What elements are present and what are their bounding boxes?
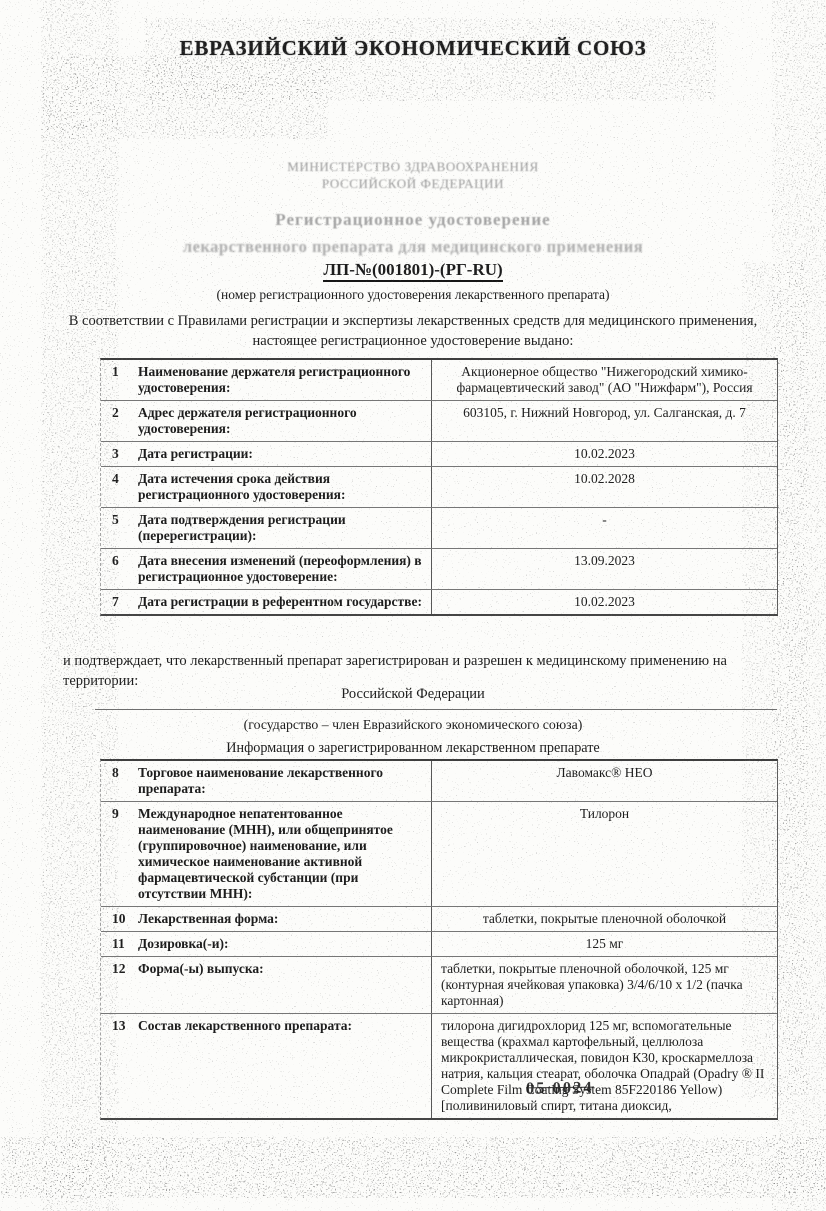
row-value: 13.09.2023: [431, 549, 777, 589]
row-number: 13: [101, 1014, 138, 1118]
row-value: 10.02.2028: [431, 467, 777, 507]
intro-paragraph: В соответствии с Правилами регистрации и…: [63, 311, 763, 351]
row-label: Дозировка(-и):: [138, 932, 431, 956]
certificate-title-line1: Регистрационное удостоверение: [0, 210, 826, 230]
holder-info-table: 1Наименование держателя регистрационного…: [100, 358, 778, 616]
row-value: 125 мг: [431, 932, 777, 956]
row-label: Лекарственная форма:: [138, 907, 431, 931]
table-row: 2Адрес держателя регистрационного удосто…: [101, 401, 777, 442]
territory-name: Российской Федерации: [0, 686, 826, 703]
row-value: -: [431, 508, 777, 548]
row-label: Форма(-ы) выпуска:: [138, 957, 431, 1013]
row-label: Дата истечения срока действия регистраци…: [138, 467, 431, 507]
table-row: 12Форма(-ы) выпуска:таблетки, покрытые п…: [101, 957, 777, 1014]
row-number: 1: [101, 360, 138, 400]
row-label: Торговое наименование лекарственного пре…: [138, 761, 431, 801]
row-number: 9: [101, 802, 138, 906]
table-row: 10Лекарственная форма:таблетки, покрытые…: [101, 907, 777, 932]
row-value: таблетки, покрытые пленочной оболочкой: [431, 907, 777, 931]
product-info-table: 8Торговое наименование лекарственного пр…: [100, 759, 778, 1120]
product-info-heading: Информация о зарегистрированном лекарств…: [0, 740, 826, 757]
territory-caption: (государство – член Евразийского экономи…: [0, 717, 826, 733]
row-label: Дата подтверждения регистрации (перереги…: [138, 508, 431, 548]
registration-number: ЛП-№(001801)-(РГ-RU): [0, 260, 826, 280]
table-row: 9Международное непатентованное наименова…: [101, 802, 777, 907]
ministry-line2: РОССИЙСКОЙ ФЕДЕРАЦИИ: [0, 175, 826, 192]
row-label: Дата регистрации:: [138, 442, 431, 466]
table-row: 6Дата внесения изменений (переоформления…: [101, 549, 777, 590]
row-number: 8: [101, 761, 138, 801]
row-number: 10: [101, 907, 138, 931]
row-value: 603105, г. Нижний Новгород, ул. Салганск…: [431, 401, 777, 441]
territory-underline: [95, 709, 777, 710]
row-number: 2: [101, 401, 138, 441]
ministry-name-block: МИНИСТЕРСТВО ЗДРАВООХРАНЕНИЯ РОССИЙСКОЙ …: [0, 158, 826, 192]
scanned-certificate-page: ЕВРАЗИЙСКИЙ ЭКОНОМИЧЕСКИЙ СОЮЗ МИНИСТЕРС…: [0, 0, 826, 1211]
table-row: 4Дата истечения срока действия регистрац…: [101, 467, 777, 508]
row-number: 11: [101, 932, 138, 956]
row-value: Лавомакс® НЕО: [431, 761, 777, 801]
table-row: 5Дата подтверждения регистрации (перерег…: [101, 508, 777, 549]
certificate-title-line2: лекарственного препарата для медицинског…: [0, 237, 826, 257]
registration-number-caption: (номер регистрационного удостоверения ле…: [0, 287, 826, 303]
row-label: Международное непатентованное наименован…: [138, 802, 431, 906]
table-row: 1Наименование держателя регистрационного…: [101, 360, 777, 401]
row-number: 12: [101, 957, 138, 1013]
row-number: 3: [101, 442, 138, 466]
table-row: 8Торговое наименование лекарственного пр…: [101, 761, 777, 802]
table-row: 7Дата регистрации в референтном государс…: [101, 590, 777, 614]
row-label: Адрес держателя регистрационного удостов…: [138, 401, 431, 441]
row-label: Дата внесения изменений (переоформления)…: [138, 549, 431, 589]
registration-number-text: ЛП-№(001801)-(РГ-RU): [323, 260, 502, 282]
row-number: 5: [101, 508, 138, 548]
row-value: таблетки, покрытые пленочной оболочкой, …: [431, 957, 777, 1013]
table-row: 11Дозировка(-и):125 мг: [101, 932, 777, 957]
row-number: 6: [101, 549, 138, 589]
row-label: Состав лекарственного препарата:: [138, 1014, 431, 1118]
row-value: Акционерное общество "Нижегородский хими…: [431, 360, 777, 400]
confirmation-paragraph: и подтверждает, что лекарственный препар…: [63, 651, 775, 691]
row-number: 4: [101, 467, 138, 507]
table-row: 13Состав лекарственного препарата:тилоро…: [101, 1014, 777, 1118]
table-row: 3Дата регистрации:10.02.2023: [101, 442, 777, 467]
ministry-line1: МИНИСТЕРСТВО ЗДРАВООХРАНЕНИЯ: [0, 158, 826, 175]
row-value: 10.02.2023: [431, 590, 777, 614]
row-number: 7: [101, 590, 138, 614]
row-value: 10.02.2023: [431, 442, 777, 466]
number-stamp-overlay: 05 0024: [526, 1078, 594, 1099]
row-label: Дата регистрации в референтном государст…: [138, 590, 431, 614]
page-title: ЕВРАЗИЙСКИЙ ЭКОНОМИЧЕСКИЙ СОЮЗ: [0, 36, 826, 61]
row-value: тилорона дигидрохлорид 125 мг, вспомогат…: [431, 1014, 777, 1118]
row-label: Наименование держателя регистрационного …: [138, 360, 431, 400]
row-value: Тилорон: [431, 802, 777, 906]
